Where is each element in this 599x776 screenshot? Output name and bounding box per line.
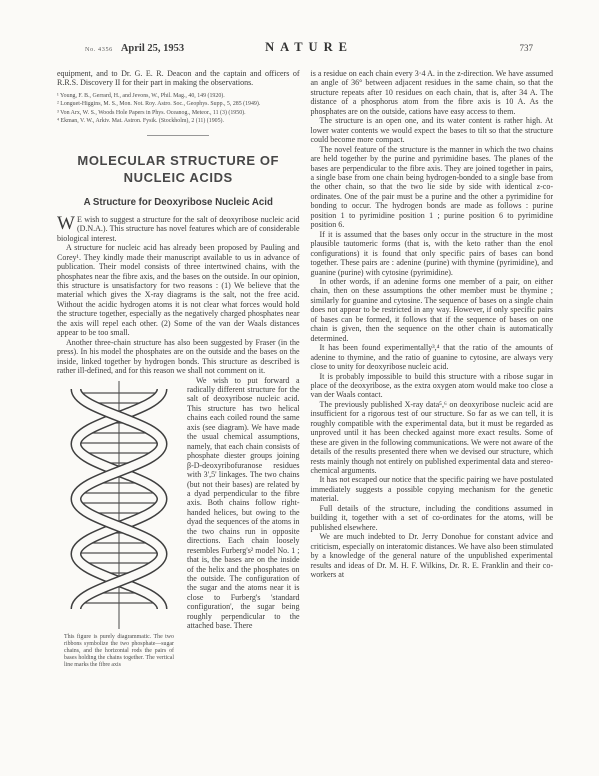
journal-title: NATURE bbox=[265, 40, 353, 55]
masthead-left: No. 4356 April 25, 1953 bbox=[85, 43, 265, 54]
paragraph: is a residue on each chain every 3·4 A. … bbox=[311, 69, 554, 116]
figure-caption: This figure is purely diagrammatic. The … bbox=[64, 634, 174, 669]
reference-item: ⁴ Ekman, V. W., Arkiv. Mat. Astron. Fysi… bbox=[57, 118, 300, 125]
issue-number: No. 4356 bbox=[85, 46, 113, 53]
paragraph: The previously published X-ray data⁵,⁶ o… bbox=[311, 400, 554, 476]
two-column-layout: equipment, and to Dr. G. E. R. Deacon an… bbox=[57, 69, 553, 669]
masthead: No. 4356 April 25, 1953 NATURE 737 bbox=[57, 40, 553, 55]
double-helix-diagram bbox=[62, 379, 176, 631]
article-subtitle: A Structure for Deoxyribose Nucleic Acid bbox=[57, 197, 300, 208]
paragraph: We are much indebted to Dr. Jerry Donohu… bbox=[311, 532, 554, 579]
article-title: MOLECULAR STRUCTURE OF NUCLEIC ACIDS bbox=[68, 153, 288, 187]
reference-list: ¹ Young, F. B., Gerrard, H., and Jevons,… bbox=[57, 93, 300, 125]
paragraph: Another three-chain structure has also b… bbox=[57, 338, 300, 376]
paragraph: It has been found experimentally³,⁴ that… bbox=[311, 343, 554, 371]
paragraph: In other words, if an adenine forms one … bbox=[311, 277, 554, 343]
page-number: 737 bbox=[353, 43, 547, 53]
paragraph: Full details of the structure, including… bbox=[311, 504, 554, 532]
journal-page: No. 4356 April 25, 1953 NATURE 737 equip… bbox=[0, 0, 599, 776]
section-divider bbox=[147, 135, 209, 136]
paragraph: A structure for nucleic acid has already… bbox=[57, 243, 300, 338]
paragraph: The structure is an open one, and its wa… bbox=[311, 116, 554, 144]
paragraph-text: E wish to suggest a structure for the sa… bbox=[57, 215, 300, 243]
paragraph: The novel feature of the structure is th… bbox=[311, 145, 554, 230]
previous-article-closing: equipment, and to Dr. G. E. R. Deacon an… bbox=[57, 69, 300, 88]
reference-item: ² Longuet-Higgins, M. S., Mon. Not. Roy.… bbox=[57, 101, 300, 108]
left-column: equipment, and to Dr. G. E. R. Deacon an… bbox=[57, 69, 300, 669]
right-column: is a residue on each chain every 3·4 A. … bbox=[311, 69, 554, 669]
paragraph: It is probably impossible to build this … bbox=[311, 372, 554, 400]
reference-item: ¹ Young, F. B., Gerrard, H., and Jevons,… bbox=[57, 93, 300, 100]
paragraph: It has not escaped our notice that the s… bbox=[311, 475, 554, 503]
paragraph: WE wish to suggest a structure for the s… bbox=[57, 215, 300, 243]
double-helix-figure: This figure is purely diagrammatic. The … bbox=[59, 379, 181, 669]
paragraph: If it is assumed that the bases only occ… bbox=[311, 230, 554, 277]
reference-item: ³ Von Arx, W. S., Woods Hole Papers in P… bbox=[57, 110, 300, 117]
dropcap-letter: W bbox=[57, 215, 77, 232]
issue-date: April 25, 1953 bbox=[121, 43, 184, 54]
